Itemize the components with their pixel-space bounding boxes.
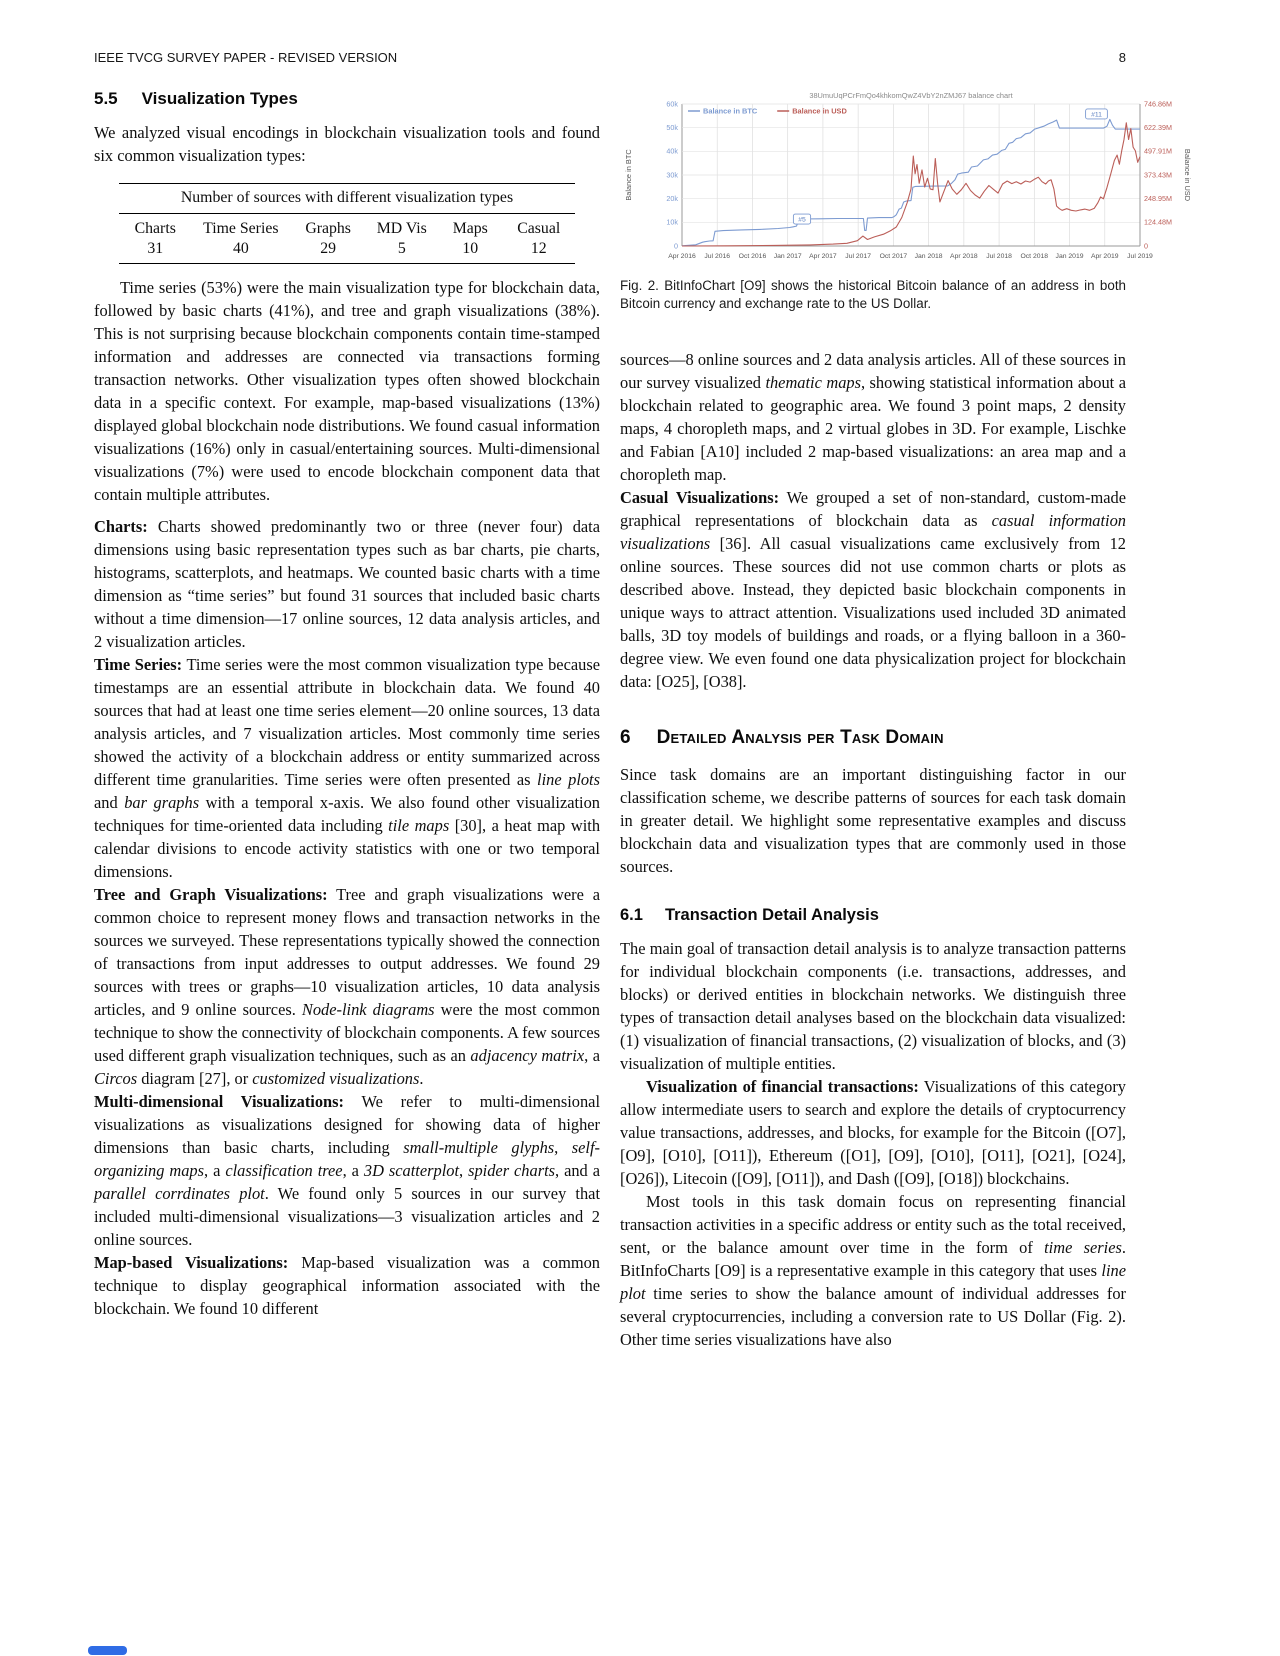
section-number: 5.5 [94, 89, 118, 108]
svg-text:Apr 2019: Apr 2019 [1091, 253, 1119, 260]
svg-text:Balance in BTC: Balance in BTC [624, 149, 633, 201]
paragraph-map-based: Map-based Visualizations: Map-based visu… [94, 1251, 600, 1320]
paragraph-map-continued: sources—8 online sources and 2 data anal… [620, 348, 1126, 486]
svg-text:0: 0 [674, 241, 678, 250]
svg-text:38UmuUqPCrFmQo4khkomQwZ4VbY2nZ: 38UmuUqPCrFmQo4khkomQwZ4VbY2nZMJ67 balan… [809, 91, 1012, 100]
paragraph-most-tools: Most tools in this task domain focus on … [620, 1190, 1126, 1351]
running-title: IEEE TVCG SURVEY PAPER - REVISED VERSION [94, 50, 397, 65]
svg-text:#5: #5 [798, 217, 806, 224]
figure-2: 38UmuUqPCrFmQo4khkomQwZ4VbY2nZMJ67 balan… [620, 89, 1126, 312]
paragraph-casual: Casual Visualizations: We grouped a set … [620, 486, 1126, 693]
table-header-cell: Maps [438, 219, 503, 239]
paper-page: IEEE TVCG SURVEY PAPER - REVISED VERSION… [94, 50, 1126, 1351]
svg-text:Jan 2018: Jan 2018 [915, 253, 943, 260]
left-column: 5.5Visualization Types We analyzed visua… [94, 89, 600, 1351]
paragraph: Time series (53%) were the main visualiz… [94, 276, 600, 506]
svg-text:124.48M: 124.48M [1144, 218, 1172, 227]
svg-text:Jan 2017: Jan 2017 [774, 253, 802, 260]
table-header-cell: Charts [119, 219, 191, 239]
section-title: Detailed Analysis per Task Domain [657, 727, 944, 748]
svg-text:Oct 2017: Oct 2017 [880, 253, 908, 260]
svg-text:248.95M: 248.95M [1144, 194, 1172, 203]
table-value-cell: 29 [290, 239, 365, 259]
visualization-types-table: Number of sources with different visuali… [119, 183, 574, 264]
svg-text:Jul 2017: Jul 2017 [845, 253, 871, 260]
table-header-cell: MD Vis [366, 219, 438, 239]
svg-text:Oct 2018: Oct 2018 [1021, 253, 1049, 260]
svg-text:Apr 2016: Apr 2016 [668, 253, 696, 260]
svg-text:Jul 2019: Jul 2019 [1127, 253, 1153, 260]
svg-text:Jul 2016: Jul 2016 [704, 253, 730, 260]
table-header-cell: Time Series [191, 219, 290, 239]
svg-text:Balance in BTC: Balance in BTC [703, 107, 758, 116]
figure-caption: Fig. 2. BitInfoChart [O9] shows the hist… [620, 277, 1126, 312]
svg-text:20k: 20k [666, 194, 678, 203]
section-heading-6-1: 6.1Transaction Detail Analysis [620, 906, 1126, 925]
section-number: 6 [620, 727, 631, 748]
svg-text:Jan 2019: Jan 2019 [1056, 253, 1084, 260]
svg-text:Balance in USD: Balance in USD [792, 107, 847, 116]
svg-text:Balance in USD: Balance in USD [1183, 149, 1192, 201]
table-caption: Number of sources with different visuali… [119, 183, 574, 214]
blue-indicator-bar [88, 1646, 127, 1655]
table-value-cell: 12 [503, 239, 575, 259]
svg-text:50k: 50k [666, 123, 678, 132]
right-column: 38UmuUqPCrFmQo4khkomQwZ4VbY2nZMJ67 balan… [620, 89, 1126, 1351]
svg-text:0: 0 [1144, 241, 1148, 250]
table-header-cell: Graphs [290, 219, 365, 239]
page-number: 8 [1119, 50, 1126, 65]
paragraph-charts: Charts: Charts showed predominantly two … [94, 515, 600, 653]
paragraph: The main goal of transaction detail anal… [620, 937, 1126, 1075]
svg-text:622.39M: 622.39M [1144, 123, 1172, 132]
intro-paragraph: We analyzed visual encodings in blockcha… [94, 121, 600, 167]
paragraph-financial-transactions: Visualization of financial transactions:… [620, 1075, 1126, 1190]
section-heading-5-5: 5.5Visualization Types [94, 89, 600, 109]
svg-text:40k: 40k [666, 147, 678, 156]
paragraph: Since task domains are an important dist… [620, 763, 1126, 878]
section-title: Transaction Detail Analysis [665, 906, 879, 924]
svg-text:#11: #11 [1091, 112, 1102, 119]
svg-text:746.86M: 746.86M [1144, 99, 1172, 108]
balance-line-chart: 38UmuUqPCrFmQo4khkomQwZ4VbY2nZMJ67 balan… [620, 89, 1192, 263]
svg-text:Apr 2017: Apr 2017 [809, 253, 837, 260]
section-number: 6.1 [620, 906, 643, 924]
paragraph-multidimensional: Multi-dimensional Visualizations: We ref… [94, 1090, 600, 1251]
table-value-cell: 10 [438, 239, 503, 259]
table-value-cell: 31 [119, 239, 191, 259]
svg-text:Oct 2016: Oct 2016 [739, 253, 767, 260]
section-heading-6: 6Detailed Analysis per Task Domain [620, 727, 1126, 749]
svg-text:373.43M: 373.43M [1144, 170, 1172, 179]
paragraph-time-series: Time Series: Time series were the most c… [94, 653, 600, 883]
paragraph-tree-graph: Tree and Graph Visualizations: Tree and … [94, 883, 600, 1090]
section-title: Visualization Types [142, 89, 298, 108]
table-value-cell: 5 [366, 239, 438, 259]
svg-text:497.91M: 497.91M [1144, 147, 1172, 156]
running-header: IEEE TVCG SURVEY PAPER - REVISED VERSION… [94, 50, 1126, 65]
svg-text:10k: 10k [666, 218, 678, 227]
svg-text:30k: 30k [666, 170, 678, 179]
table-header-cell: Casual [503, 219, 575, 239]
svg-text:60k: 60k [666, 99, 678, 108]
svg-text:Jul 2018: Jul 2018 [986, 253, 1012, 260]
table-value-cell: 40 [191, 239, 290, 259]
svg-text:Apr 2018: Apr 2018 [950, 253, 978, 260]
